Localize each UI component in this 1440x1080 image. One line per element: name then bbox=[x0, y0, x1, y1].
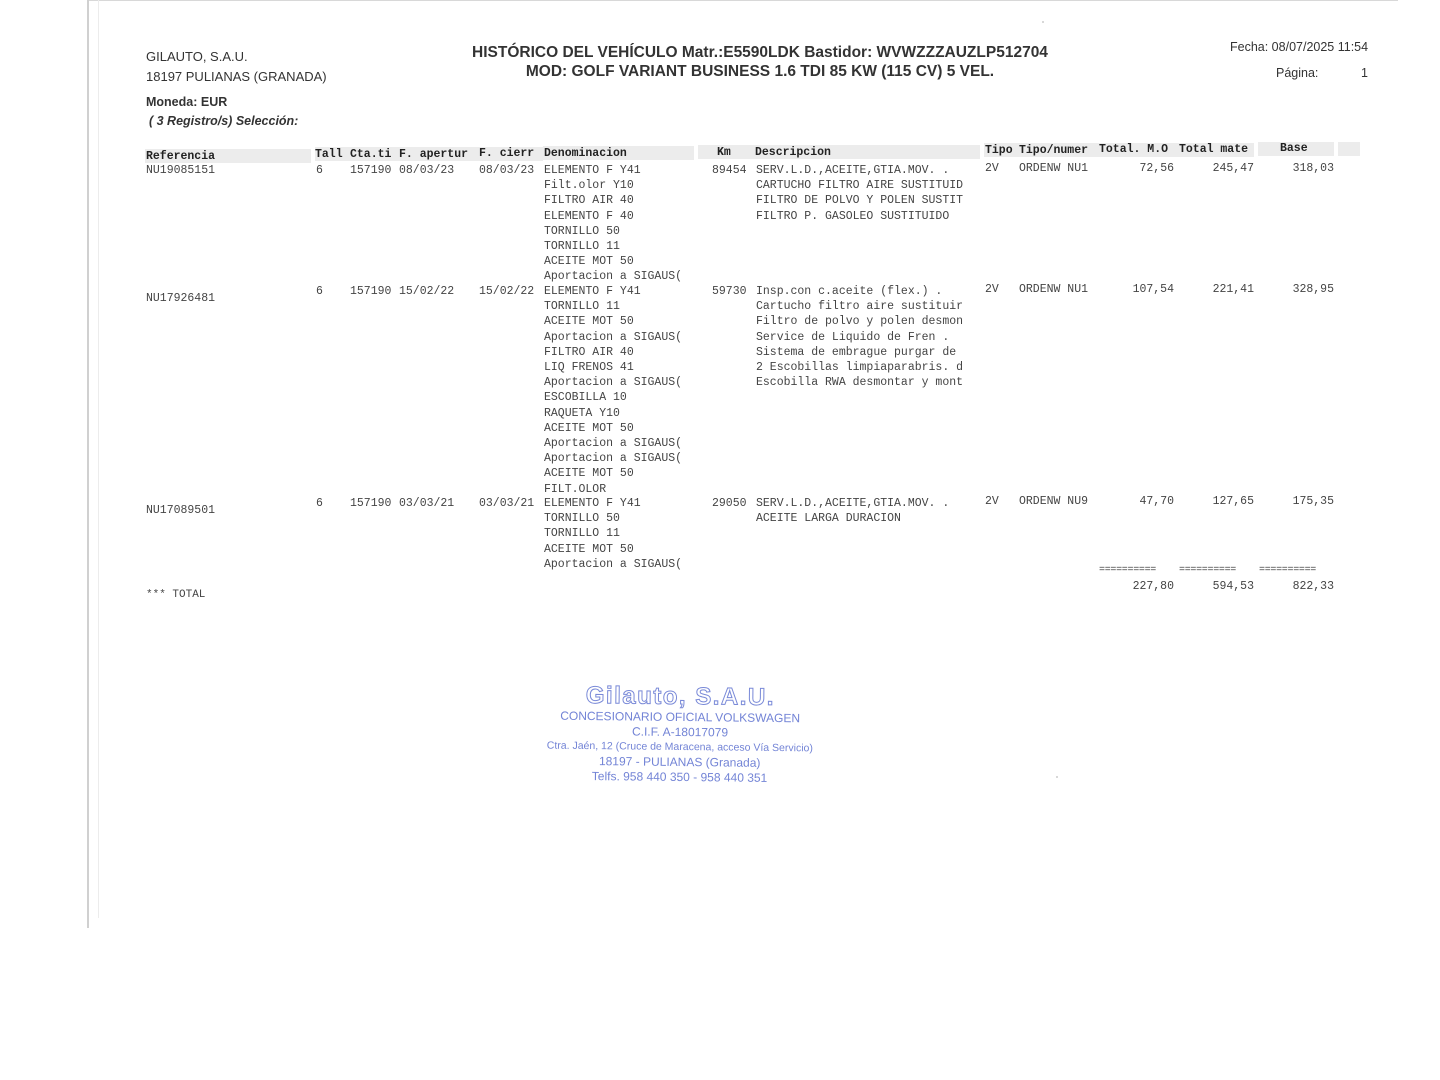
cell-denominacion-line: Aportacion a SIGAUS( bbox=[544, 270, 682, 283]
cell-denominacion-line: FILT.OLOR bbox=[544, 483, 606, 496]
cell-cierre: 08/03/23 bbox=[479, 164, 534, 177]
cell-referencia: NU19085151 bbox=[146, 164, 215, 177]
cell-denominacion-line: ACEITE MOT 50 bbox=[544, 422, 634, 435]
cell-apertura: 08/03/23 bbox=[399, 164, 454, 177]
cell-base: 175,35 bbox=[1254, 495, 1334, 508]
cell-denominacion-line: TORNILLO 50 bbox=[544, 512, 620, 525]
scan-speck bbox=[1042, 21, 1044, 23]
col-referencia: Referencia bbox=[146, 150, 215, 163]
cell-total-mo: 47,70 bbox=[1094, 495, 1174, 508]
header-band bbox=[1338, 142, 1360, 156]
col-cta: Cta.ti bbox=[350, 148, 391, 161]
col-tipo-num: Tipo/numer bbox=[1019, 144, 1088, 157]
col-denominacion: Denominacion bbox=[544, 147, 627, 160]
cell-denominacion-line: ESCOBILLA 10 bbox=[544, 391, 627, 404]
separator: ========== bbox=[1259, 565, 1316, 576]
col-apertura: F. apertur bbox=[399, 148, 468, 161]
cell-cta: 157190 bbox=[350, 497, 391, 510]
cell-denominacion-line: ACEITE MOT 50 bbox=[544, 315, 634, 328]
cell-denominacion-line: TORNILLO 11 bbox=[544, 240, 620, 253]
cell-denominacion-line: TORNILLO 11 bbox=[544, 527, 620, 540]
stamp-line: Ctra. Jaén, 12 (Cruce de Maracena, acces… bbox=[530, 738, 830, 756]
cell-descripcion-line: Escobilla RWA desmontar y mont bbox=[756, 376, 963, 389]
cell-descripcion-line: SERV.L.D.,ACEITE,GTIA.MOV. . bbox=[756, 497, 949, 510]
vehicle-model: MOD: GOLF VARIANT BUSINESS 1.6 TDI 85 KW… bbox=[0, 63, 1440, 81]
cell-denominacion-line: Aportacion a SIGAUS( bbox=[544, 558, 682, 571]
page-edge bbox=[87, 0, 89, 928]
stamp-name: Gilauto, S.A.U. bbox=[530, 682, 830, 711]
cell-denominacion-line: ELEMENTO F 40 bbox=[544, 210, 634, 223]
cell-descripcion-line: Sistema de embrague purgar de bbox=[756, 346, 956, 359]
cell-apertura: 03/03/21 bbox=[399, 497, 454, 510]
cell-tipo: 2V bbox=[985, 283, 999, 296]
page-edge bbox=[88, 0, 1398, 1]
cell-apertura: 15/02/22 bbox=[399, 285, 454, 298]
currency: Moneda: EUR bbox=[146, 95, 227, 109]
stamp-line: CONCESIONARIO OFICIAL VOLKSWAGEN bbox=[530, 708, 830, 726]
cell-denominacion-line: TORNILLO 11 bbox=[544, 300, 620, 313]
cell-km: 59730 bbox=[712, 285, 747, 298]
cell-cta: 157190 bbox=[350, 285, 391, 298]
cell-denominacion-line: ELEMENTO F Y41 bbox=[544, 285, 641, 298]
cell-descripcion-line: CARTUCHO FILTRO AIRE SUSTITUID bbox=[756, 179, 963, 192]
cell-total-mo: 107,54 bbox=[1094, 283, 1174, 296]
cell-descripcion-line: Cartucho filtro aire sustituir bbox=[756, 300, 963, 313]
cell-referencia: NU17089501 bbox=[146, 504, 215, 517]
separator: ========== bbox=[1179, 565, 1236, 576]
separator: ========== bbox=[1099, 565, 1156, 576]
page-label: Página: bbox=[1276, 66, 1318, 80]
cell-denominacion-line: ACEITE MOT 50 bbox=[544, 543, 634, 556]
header-band bbox=[698, 145, 980, 159]
cell-tipo-num: ORDENW NU1 bbox=[1019, 283, 1088, 296]
cell-total-mat: 127,65 bbox=[1174, 495, 1254, 508]
cell-denominacion-line: TORNILLO 50 bbox=[544, 225, 620, 238]
cell-descripcion-line: Insp.con c.aceite (flex.) . bbox=[756, 285, 942, 298]
cell-km: 29050 bbox=[712, 497, 747, 510]
cell-cta: 157190 bbox=[350, 164, 391, 177]
page-title: HISTÓRICO DEL VEHÍCULO Matr.:E5590LDK Ba… bbox=[0, 44, 1440, 62]
cell-total-mat: 221,41 bbox=[1174, 283, 1254, 296]
selection-count: ( 3 Registro/s) Selección: bbox=[149, 114, 298, 128]
col-km: Km bbox=[717, 146, 731, 159]
cell-descripcion-line: FILTRO DE POLVO Y POLEN SUSTIT bbox=[756, 194, 963, 207]
cell-denominacion-line: Aportacion a SIGAUS( bbox=[544, 331, 682, 344]
cell-denominacion-line: Aportacion a SIGAUS( bbox=[544, 437, 682, 450]
col-tall: Tall bbox=[315, 148, 343, 161]
page-edge bbox=[98, 0, 99, 918]
report-date: Fecha: 08/07/2025 11:54 bbox=[1230, 40, 1368, 54]
cell-denominacion-line: ACEITE MOT 50 bbox=[544, 255, 634, 268]
cell-tall: 6 bbox=[316, 497, 323, 510]
cell-denominacion-line: FILTRO AIR 40 bbox=[544, 346, 634, 359]
cell-cierre: 03/03/21 bbox=[479, 497, 534, 510]
cell-base: 328,95 bbox=[1254, 283, 1334, 296]
cell-denominacion-line: Aportacion a SIGAUS( bbox=[544, 452, 682, 465]
cell-tipo-num: ORDENW NU9 bbox=[1019, 495, 1088, 508]
company-stamp: Gilauto, S.A.U. CONCESIONARIO OFICIAL VO… bbox=[529, 682, 830, 786]
cell-tipo: 2V bbox=[985, 162, 999, 175]
col-tipo: Tipo bbox=[985, 144, 1013, 157]
cell-descripcion-line: Filtro de polvo y polen desmon bbox=[756, 315, 963, 328]
cell-base: 318,03 bbox=[1254, 162, 1334, 175]
cell-descripcion-line: FILTRO P. GASOLEO SUSTITUIDO bbox=[756, 210, 949, 223]
cell-denominacion-line: LIQ FRENOS 41 bbox=[544, 361, 634, 374]
cell-tall: 6 bbox=[316, 164, 323, 177]
page-number: 1 bbox=[1361, 66, 1368, 80]
cell-total-mo: 72,56 bbox=[1094, 162, 1174, 175]
cell-denominacion-line: Aportacion a SIGAUS( bbox=[544, 376, 682, 389]
cell-descripcion-line: ACEITE LARGA DURACION bbox=[756, 512, 901, 525]
cell-tipo-num: ORDENW NU1 bbox=[1019, 162, 1088, 175]
total-mo: 227,80 bbox=[1094, 580, 1174, 593]
cell-cierre: 15/02/22 bbox=[479, 285, 534, 298]
cell-total-mat: 245,47 bbox=[1174, 162, 1254, 175]
cell-km: 89454 bbox=[712, 164, 747, 177]
col-cierre: F. cierr bbox=[479, 147, 534, 160]
cell-descripcion-line: 2 Escobillas limpiaparabris. d bbox=[756, 361, 963, 374]
cell-denominacion-line: ELEMENTO F Y41 bbox=[544, 497, 641, 510]
cell-descripcion-line: Service de Liquido de Fren . bbox=[756, 331, 949, 344]
col-total-mat: Total mate bbox=[1179, 143, 1248, 156]
total-label: *** TOTAL bbox=[146, 589, 205, 601]
col-total-mo: Total. M.O bbox=[1099, 143, 1168, 156]
cell-denominacion-line: ACEITE MOT 50 bbox=[544, 467, 634, 480]
cell-denominacion-line: Filt.olor Y10 bbox=[544, 179, 634, 192]
cell-denominacion-line: FILTRO AIR 40 bbox=[544, 194, 634, 207]
total-base: 822,33 bbox=[1254, 580, 1334, 593]
stamp-line: Telfs. 958 440 350 - 958 440 351 bbox=[529, 768, 829, 786]
cell-descripcion-line: SERV.L.D.,ACEITE,GTIA.MOV. . bbox=[756, 164, 949, 177]
cell-tipo: 2V bbox=[985, 495, 999, 508]
cell-tall: 6 bbox=[316, 285, 323, 298]
scan-speck bbox=[1056, 776, 1058, 778]
cell-denominacion-line: RAQUETA Y10 bbox=[544, 407, 620, 420]
col-descripcion: Descripcion bbox=[755, 146, 831, 159]
total-mat: 594,53 bbox=[1174, 580, 1254, 593]
col-base: Base bbox=[1280, 142, 1308, 155]
cell-denominacion-line: ELEMENTO F Y41 bbox=[544, 164, 641, 177]
cell-referencia: NU17926481 bbox=[146, 292, 215, 305]
